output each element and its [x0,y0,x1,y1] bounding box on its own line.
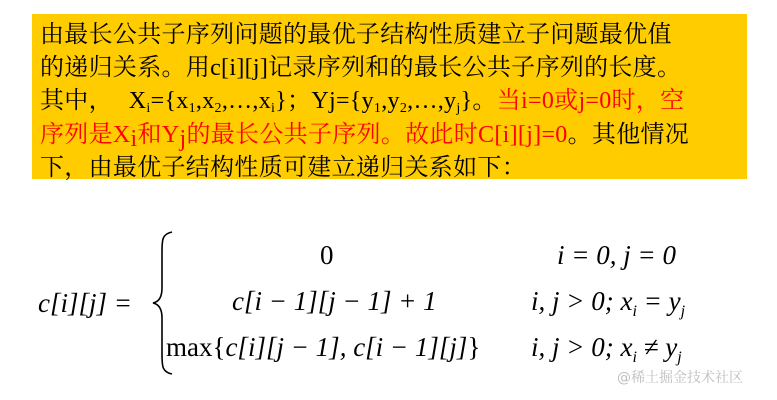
subscript: j [677,349,681,366]
text: j=0 [578,88,611,114]
text: } [275,88,287,114]
text: i=0 [521,88,554,114]
text: 时，空 [612,86,685,114]
text: C[i][j]=0 [478,122,568,148]
text: 。其他情况 [568,120,690,148]
case-2-condition: i, j > 0; xi = yj [531,286,685,321]
callout-line-3: 其中， Xi={x1,x2,…,xi}；Yj={y1,y2,…,yj}。当i=0… [40,84,747,118]
text: ,…,y [407,88,456,114]
text: 或 [554,86,578,114]
text: ≠ y [637,332,677,362]
case-3-value: max{c[i][j − 1], c[i − 1][j]} [166,332,480,363]
code-c-i-j: c[i][j] [210,55,268,81]
watermark: @稀土掘金技术社区 [617,367,743,387]
callout-line-4: 序列是Xi和Yj的最长公共子序列。故此时C[i][j]=0。其他情况 [40,118,747,152]
subscript: 1 [189,101,196,116]
text: X [129,88,147,114]
text: } [467,332,480,362]
case-2-value: c[i − 1][j − 1] + 1 [232,286,437,317]
subscript: j [681,303,685,320]
definition-callout: 由最长公共子序列问题的最优子结构性质建立子问题最优值 的递归关系。用c[i][j… [32,14,747,179]
text: ,y [381,88,400,114]
text: i, j > 0; x [531,286,632,316]
text: max{ [166,332,225,362]
callout-line-5: 下，由最优子结构性质可建立递归关系如下： [40,151,747,184]
highlight-text: 序列是Xi和Yj的最长公共子序列。故此时C[i][j]=0 [40,120,568,148]
text: ={x [151,88,189,114]
text: } [461,88,473,114]
text: c[i][j − 1], c[i − 1][j] [225,332,467,362]
text: i, j > 0; x [531,332,632,362]
text: Yj={y [311,88,374,114]
text: 当 [497,86,521,114]
text: = y [637,286,681,316]
text: 下，由最优子结构性质可建立递归关系如下： [40,153,526,181]
text: 的最长公共子序列。故此时 [186,120,478,148]
subscript: 2 [215,101,222,116]
formula-lhs: c[i][j] = [38,288,132,319]
text: 其中， [40,86,113,114]
callout-line-1: 由最长公共子序列问题的最优子结构性质建立子问题最优值 [40,18,747,51]
text: 。 [472,86,496,114]
text: Y [162,122,180,148]
subscript: i [131,126,138,152]
highlight-text: 当i=0或j=0时，空 [497,86,685,114]
case-1-value: 0 [320,240,334,271]
recurrence-formula: c[i][j] = 0 i = 0, j = 0 c[i − 1][j − 1]… [0,220,777,390]
case-3-condition: i, j > 0; xi ≠ yj [531,332,682,367]
text: 由最长公共子序列问题的最优子结构性质建立子问题最优值 [40,20,672,48]
callout-line-2: 的递归关系。用c[i][j]记录序列和的最长公共子序列的长度。 [40,51,747,85]
text: 序列是 [40,120,113,148]
case-1-condition: i = 0, j = 0 [557,240,676,271]
set-y: Yj={y1,y2,…,yj} [311,88,472,114]
text: ,…,x [222,88,271,114]
text: 和 [138,120,162,148]
text: X [113,122,131,148]
set-x: Xi={x1,x2,…,xi} [129,88,287,114]
text: ,x [196,88,215,114]
text: 的递归关系。用 [40,53,210,81]
text: ； [287,86,311,114]
text: 记录序列和的最长公共子序列的长度。 [268,53,681,81]
